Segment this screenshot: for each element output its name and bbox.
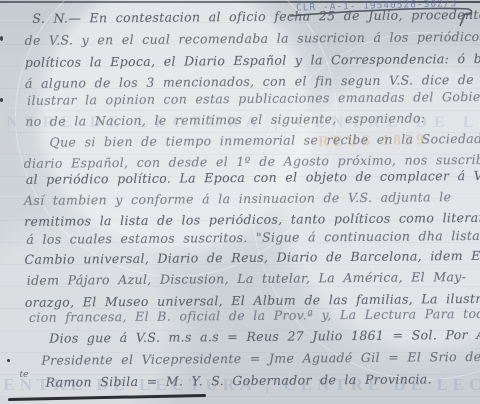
manuscript-line: á alguno de los 3 mencionados, con el fi…	[25, 73, 474, 91]
manuscript-line: al periódico político. La Epoca con el o…	[26, 169, 480, 187]
manuscript-line: Que si bien de tiempo inmemorial se reci…	[49, 132, 480, 150]
manuscript-text-block: S. N.— En contestacion al oficio fecha 2…	[0, 0, 480, 404]
margin-correction-note: te	[19, 370, 28, 380]
manuscript-line: Dios gue á V.S. m.s a.s = Reus 27 Julio …	[49, 327, 480, 345]
manuscript-line: S. N.— En contestacion al oficio fecha 2…	[32, 8, 480, 26]
manuscript-line: políticos la Epoca, el Diario Español y …	[25, 52, 480, 70]
manuscript-line: ilustrar la opinion con estas publicacio…	[27, 90, 480, 108]
manuscript-line: de V.S. y en el cual recomendaba la susc…	[25, 30, 480, 48]
manuscript-line: Así tambien y conforme á la insinuacion …	[24, 190, 451, 208]
manuscript-line: cion francesa, El B. oficial de la Prov.…	[29, 307, 480, 325]
manuscript-line: idem Pájaro Azul, Discusion, La tutelar,…	[27, 270, 467, 288]
manuscript-line: á los cuales estamos suscritos. "Sigue á…	[26, 229, 480, 247]
manuscript-line: no de la Nacion, le remitimos el siguien…	[25, 111, 425, 128]
manuscript-line: Ramon Sibila = M. Y. S. Gobernador de la…	[46, 372, 432, 389]
manuscript-line: remitimos la lista de los periódicos, ta…	[24, 211, 480, 229]
manuscript-line: Cambio universal, Diario de Reus, Diario…	[24, 248, 480, 266]
manuscript-line: Presidente el Vicepresidente = Jme Aguad…	[41, 350, 480, 368]
manuscript-page: CENTRE DE LECTURA | CENTRE DE LECTURA RE…	[0, 0, 480, 404]
